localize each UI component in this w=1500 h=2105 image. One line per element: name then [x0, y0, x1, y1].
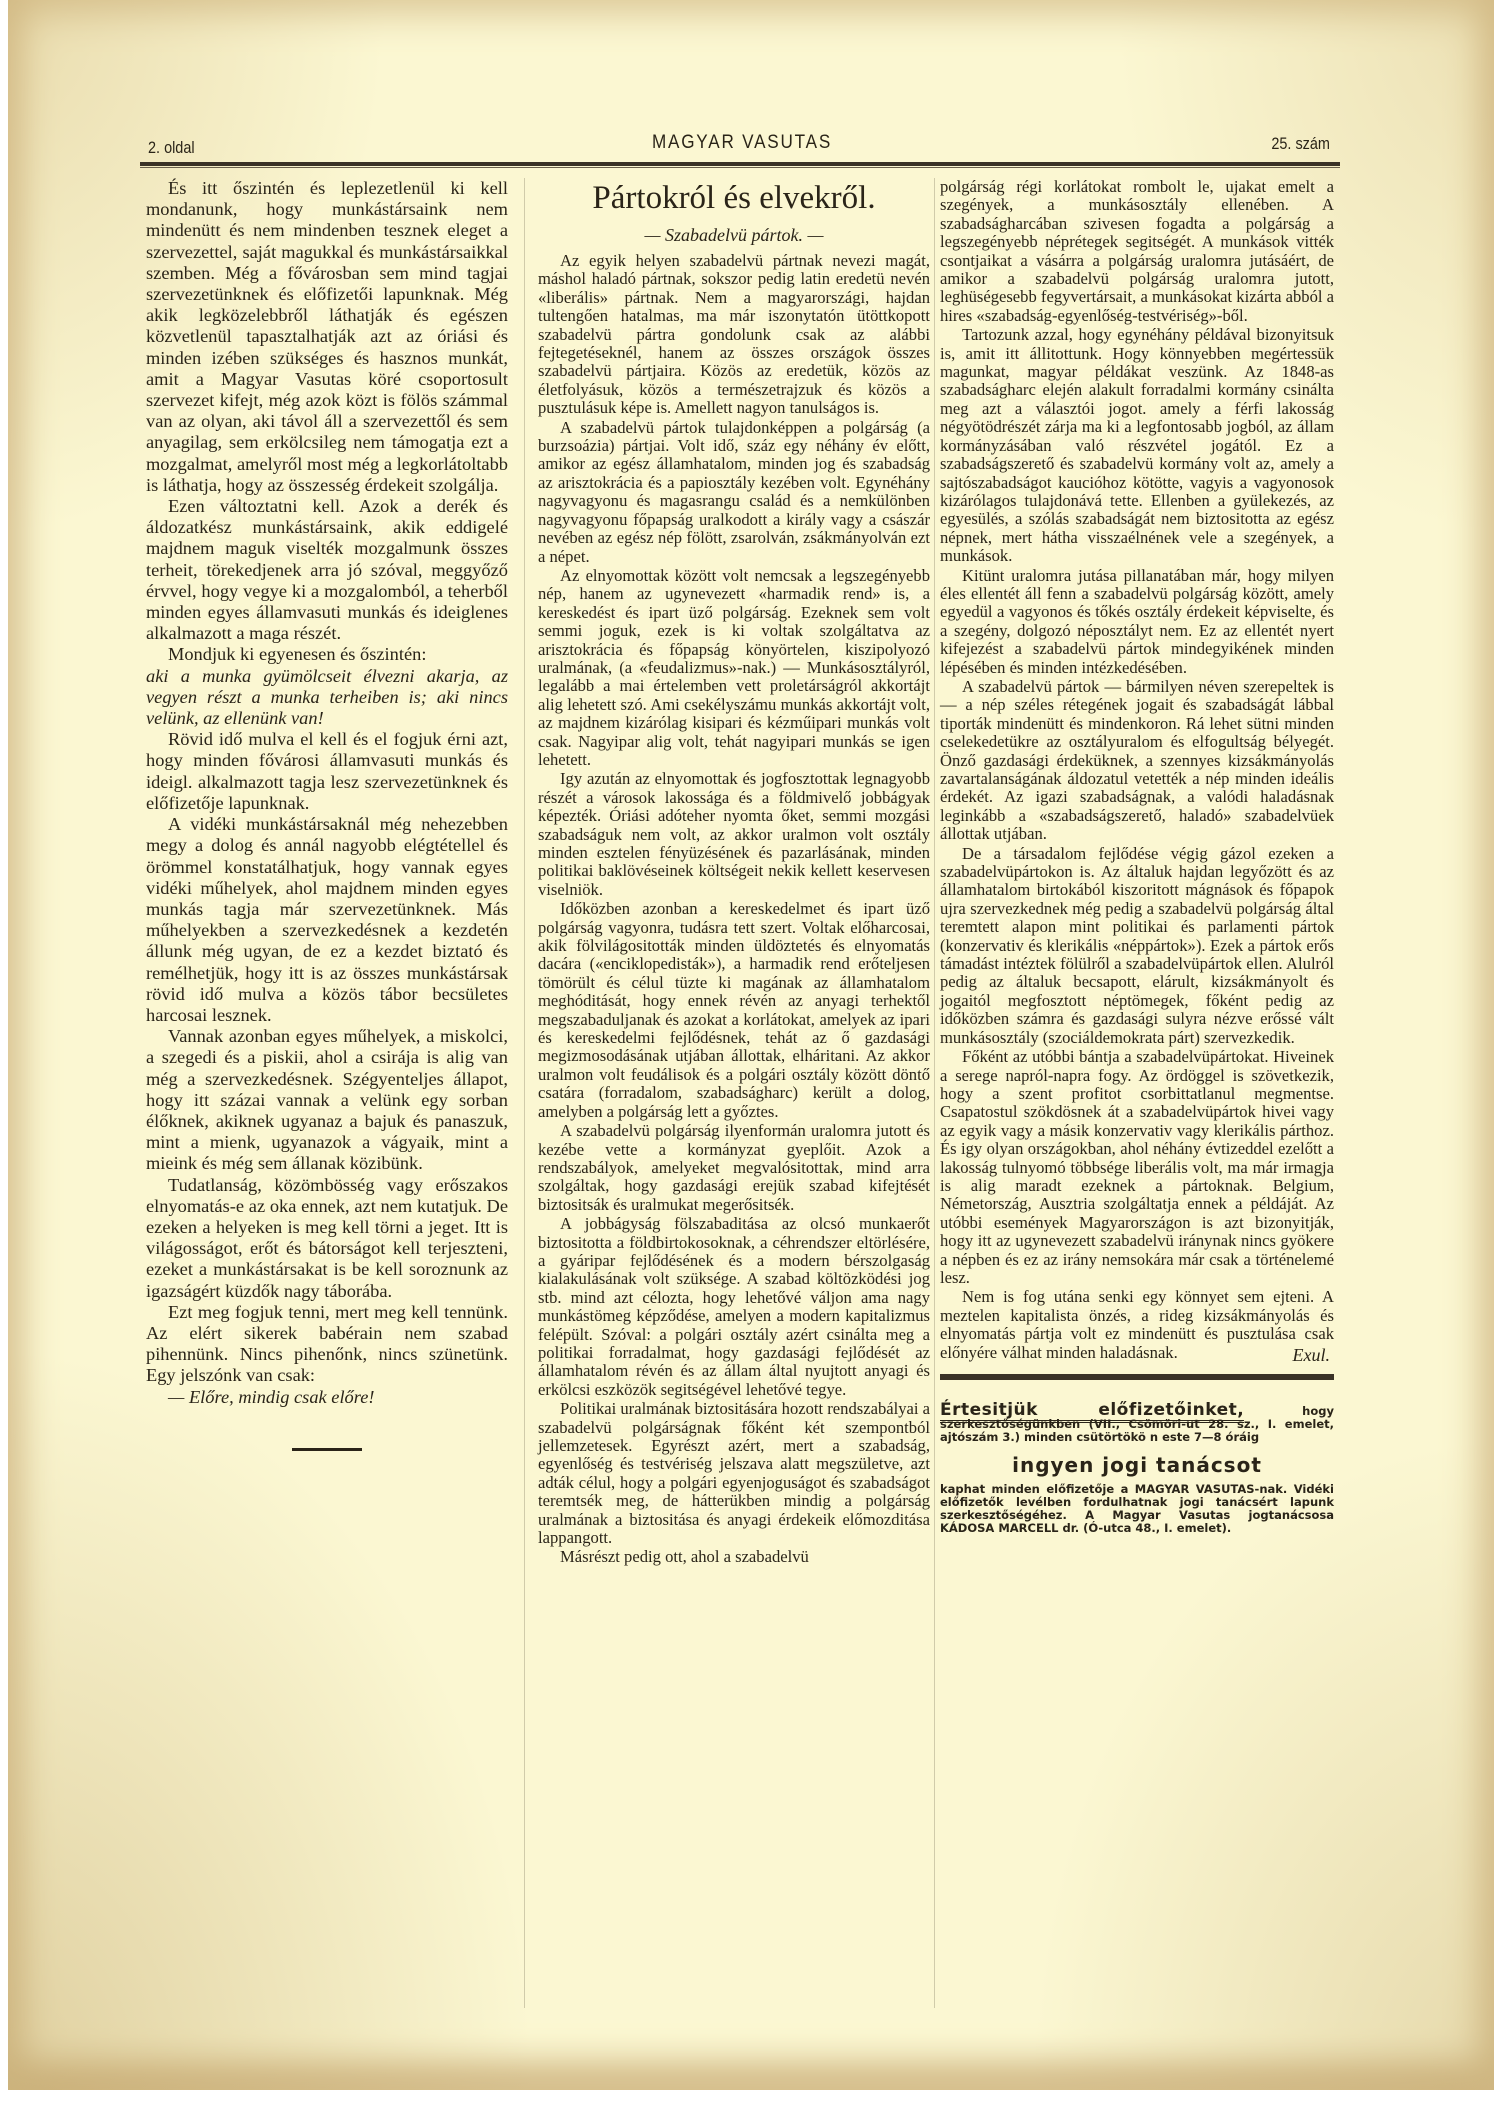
paragraph: Mondjuk ki egyenesen és őszintén: [146, 644, 508, 665]
closing-slogan: — Előre, mindig csak előre! [146, 1387, 508, 1408]
newspaper-page: 2. oldal MAGYAR VASUTAS 25. szám És itt … [8, 0, 1494, 2090]
issue-number: 25. szám [1271, 134, 1330, 154]
paragraph: Főként az utóbbi bántja a szabadelvüpárt… [940, 1048, 1334, 1287]
paragraph: A szabadelvü pártok tulajdonképpen a pol… [538, 419, 930, 566]
notice-rule [940, 1374, 1334, 1380]
end-of-article-rule [292, 1448, 362, 1451]
header-rule [140, 162, 1340, 166]
left-column: És itt őszintén és leplezetlenül ki kell… [146, 178, 508, 1451]
paragraph: Másrészt pedig ott, ahol a szabadelvü [538, 1548, 930, 1566]
paragraph: Ezt meg fogjuk tenni, mert meg kell tenn… [146, 1302, 508, 1387]
legal-advice-notice: Értesitjük előfizetőinket, hogy szerkesz… [940, 1404, 1334, 1534]
paragraph: Az egyik helyen szabadelvü pártnak nevez… [538, 252, 930, 418]
paragraph: Időközben azonban a kereskedelmet és ipa… [538, 900, 930, 1121]
paragraph: Tudatlanság, közömbösség vagy erőszakos … [146, 1175, 508, 1302]
paragraph: És itt őszintén és leplezetlenül ki kell… [146, 178, 508, 496]
page-number: 2. oldal [148, 138, 195, 158]
paragraph: A jobbágyság fölszabaditása az olcsó mun… [538, 1215, 930, 1399]
emphasized-statement: aki a munka gyümölcseit élvezni akarja, … [146, 666, 508, 730]
column-divider [524, 178, 525, 2008]
header-rule-thin [140, 167, 1340, 168]
paragraph: A vidéki munkástársaknál még nehezebben … [146, 814, 508, 1026]
paragraph: Kitünt uralomra jutása pillanatában már,… [940, 567, 1334, 677]
paragraph: Rövid idő mulva el kell és el fogjuk érn… [146, 729, 508, 814]
paragraph: Az elnyomottak között volt nemcsak a leg… [538, 567, 930, 769]
article-title: Pártokról és elvekről. [538, 178, 930, 218]
paragraph: polgárság régi korlátokat rombolt le, uj… [940, 178, 1334, 325]
paragraph: De a társadalom fejlődése végig gázol ez… [940, 845, 1334, 1047]
middle-column: Pártokról és elvekről. — Szabadelvü párt… [538, 178, 930, 1567]
paragraph: Ezen változtatni kell. Azok a derék és á… [146, 496, 508, 644]
right-column: polgárság régi korlátokat rombolt le, uj… [940, 178, 1334, 1535]
paragraph: Igy azután az elnyomottak és jogfosztott… [538, 770, 930, 899]
paragraph: Vannak azonban egyes műhelyek, a miskolc… [146, 1026, 508, 1174]
masthead-title: MAGYAR VASUTAS [207, 132, 1276, 154]
paragraph: A szabadelvü pártok — bármilyen néven sz… [940, 678, 1334, 844]
notice-body: kaphat minden előfizetője a MAGYAR VASUT… [940, 1483, 1334, 1535]
paragraph: Tartozunk azzal, hogy egynéhány példával… [940, 326, 1334, 565]
paragraph: A szabadelvü polgárság ilyenformán uralo… [538, 1122, 930, 1214]
column-divider [934, 178, 935, 2008]
article-subtitle: — Szabadelvü pártok. — [538, 222, 930, 248]
paragraph: Politikai uralmának biztositására hozott… [538, 1400, 930, 1547]
notice-headline: ingyen jogi tanácsot [940, 1456, 1334, 1474]
